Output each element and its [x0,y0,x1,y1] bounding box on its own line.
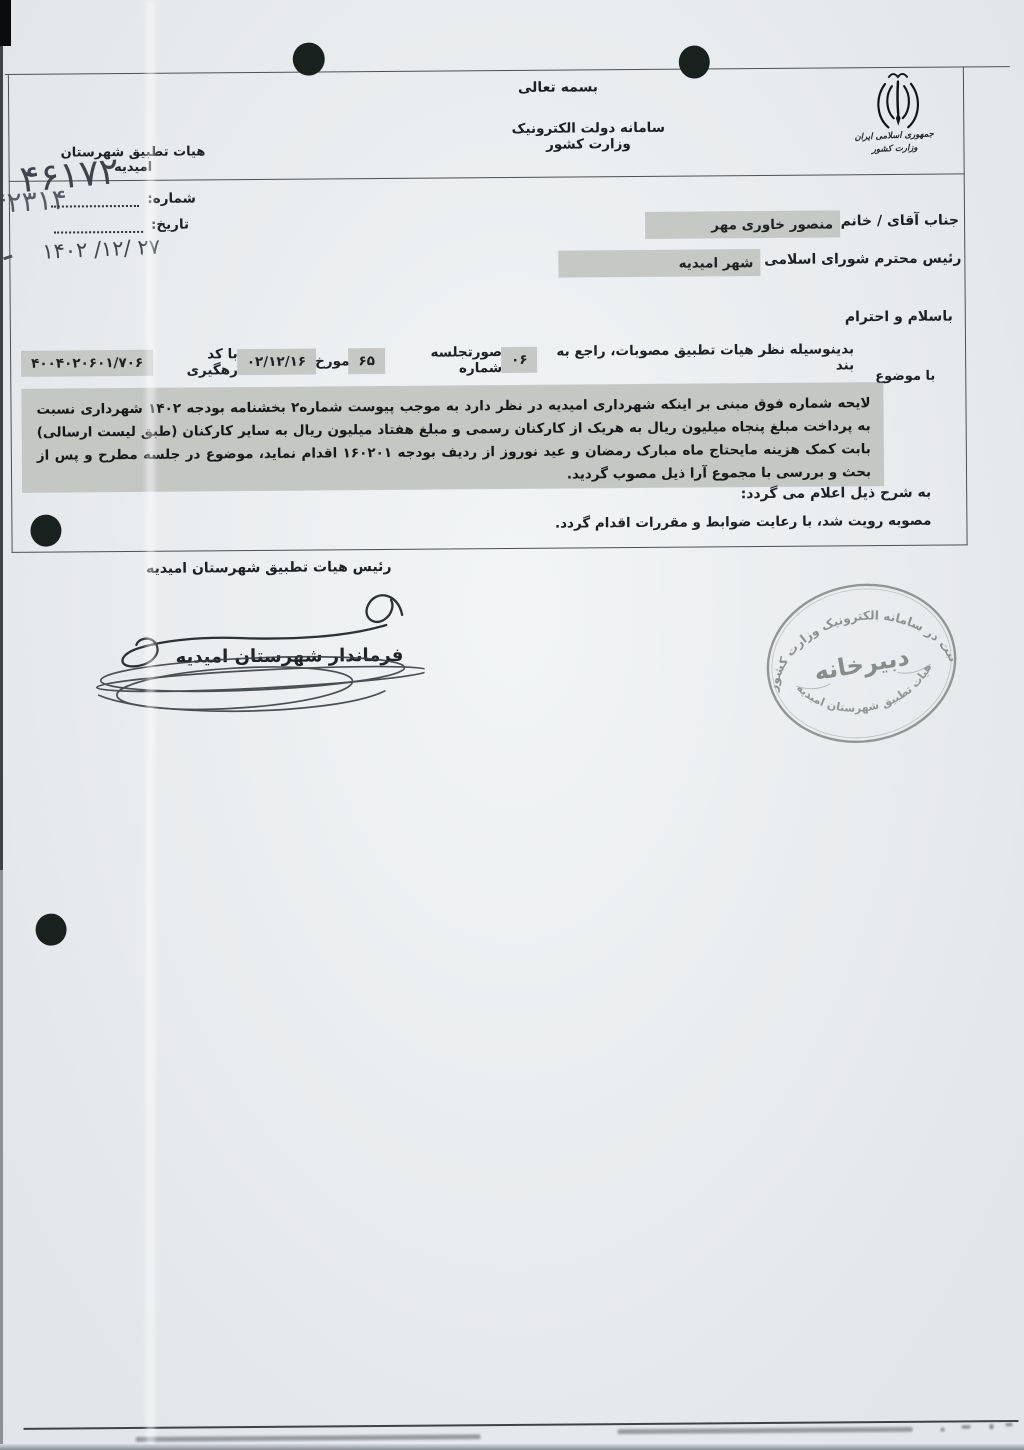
session-date-highlight: ۰۲/۱۲/۱۶ [238,350,315,375]
date-label: تاریخ: [151,217,189,233]
hole-punch-artifact [30,515,61,547]
resolution-line: مصوبه رویت شد، با رعایت ضوابط و مقررات ا… [555,513,932,532]
bismillah-text: بسمه تعالی [508,79,608,96]
rule-top [5,66,1010,75]
intro-part2: صورتجلسه شماره [384,344,502,377]
svg-text:ثبت در سامانه الکترونیک وزارت: ثبت در سامانه الکترونیک وزارت کشور [755,594,961,695]
stamp-arc-top-text: ثبت در سامانه الکترونیک وزارت کشور [755,594,961,695]
footer-mark [1005,1423,1012,1426]
hole-punch-artifact [293,42,325,75]
recipient-name-highlight: منصور خاوری مهر [646,211,839,238]
stamp-center-text: دبیرخانه [812,643,911,686]
greeting-text: باسلام و احترام [845,309,953,326]
clause-number-highlight: ۰۶ [502,348,537,372]
subject-label: با موضوع [875,369,935,384]
system-title: سامانه دولت الکترونیک وزارت کشور [488,120,688,154]
iran-emblem-icon [871,71,926,135]
recipient-salutation: جناب آقای / خانم [840,212,959,229]
handwritten-signature [84,577,425,720]
announcement-line: به شرح ذیل اعلام می گردد: [741,485,932,502]
footer-mark [962,1425,971,1428]
hole-punch-artifact [679,45,710,78]
intro-part3: مورخ [315,353,349,369]
rule-left-border [8,74,13,553]
scan-corner-artifact [0,0,11,46]
secretariat-stamp: ثبت در سامانه الکترونیک وزارت کشور هیات … [747,562,977,765]
scan-bottom-edge [0,1444,1024,1450]
handwritten-dash-mark [3,255,12,260]
hole-punch-artifact [35,914,66,946]
tracking-code-highlight: ۴۰۰۴۰۲۰۶۰۱/۷۰۶ [22,351,152,376]
handwritten-number-secondary: ۴۲۳۱۴ [0,183,68,220]
rule-right-border [963,66,968,545]
handwritten-date: ۱۴۰۲ /۱۲/ ۲۷ [42,235,161,264]
footer-mark [990,1424,994,1429]
emblem-caption: جمهوری اسلامی ایران وزارت کشور [851,128,938,158]
paper-crease [146,0,155,1450]
rule-box-bottom [12,544,968,553]
recipient-name: منصور خاوری مهر [711,216,833,233]
session-number-highlight: ۶۵ [349,349,384,373]
date-dots [54,217,143,234]
footer-mark [941,1428,945,1432]
recipient-org: شهر امیدیه [678,255,753,272]
date-field-row: تاریخ: [54,217,189,234]
recipient-role-label: رئیس محترم شورای اسلامی [764,250,961,268]
scan-edge-artifact [0,0,3,1450]
footer-smudge [136,1434,481,1442]
footer-smudge [618,1427,913,1434]
recipient-org-highlight: شهر امیدیه [559,250,759,277]
intro-part1: بدینوسیله نظر هیات تطبیق مصوبات، راجع به… [536,341,854,375]
intro-part4: با کد رهگیری [152,346,238,379]
